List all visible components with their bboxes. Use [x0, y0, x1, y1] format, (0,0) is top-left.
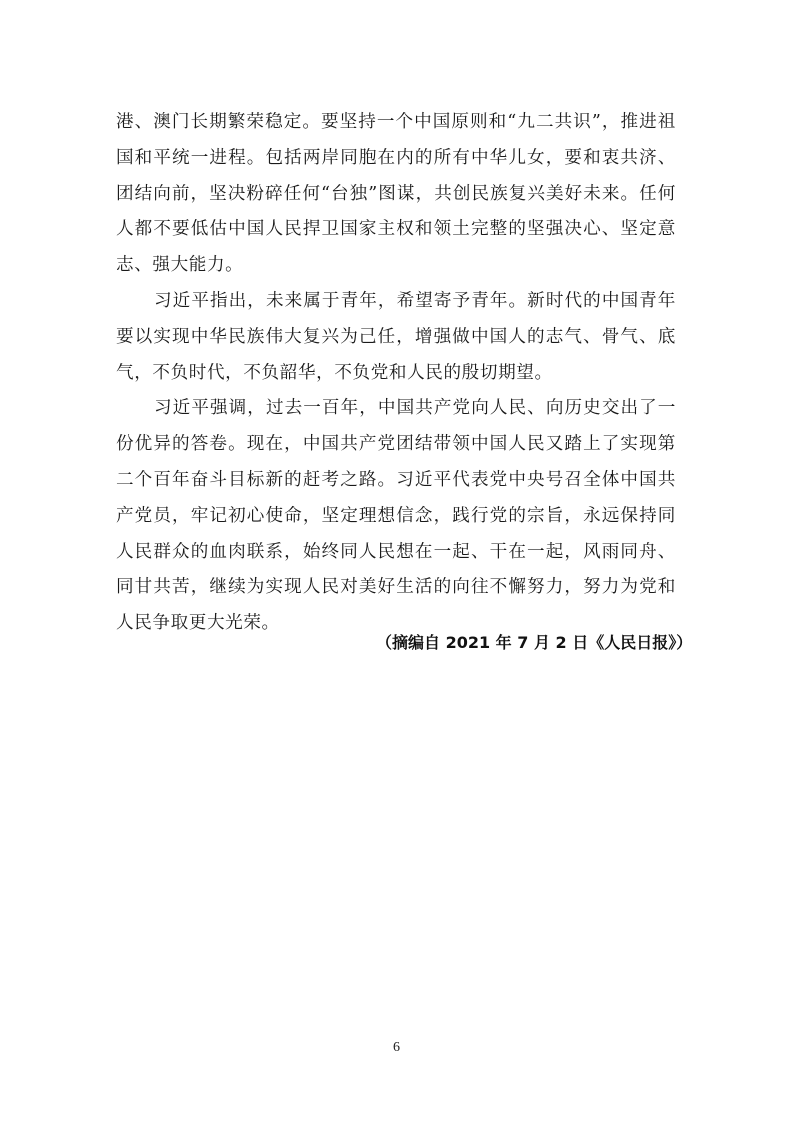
- article-body: 港、澳门长期繁荣稳定。要坚持一个中国原则和“九二共识”，推进祖国和平统一进程。包…: [116, 105, 676, 642]
- paragraph-continuation: 港、澳门长期繁荣稳定。要坚持一个中国原则和“九二共识”，推进祖国和平统一进程。包…: [116, 105, 676, 284]
- paragraph-youth: 习近平指出，未来属于青年，希望寄予青年。新时代的中国青年要以实现中华民族伟大复兴…: [116, 284, 676, 391]
- source-citation: （摘编自 2021 年 7 月 2 日《人民日报》）: [376, 628, 676, 658]
- document-page: 港、澳门长期繁荣稳定。要坚持一个中国原则和“九二共识”，推进祖国和平统一进程。包…: [0, 0, 793, 1122]
- page-number: 6: [0, 1040, 793, 1056]
- paragraph-party-century: 习近平强调，过去一百年，中国共产党向人民、向历史交出了一份优异的答卷。现在，中国…: [116, 391, 676, 642]
